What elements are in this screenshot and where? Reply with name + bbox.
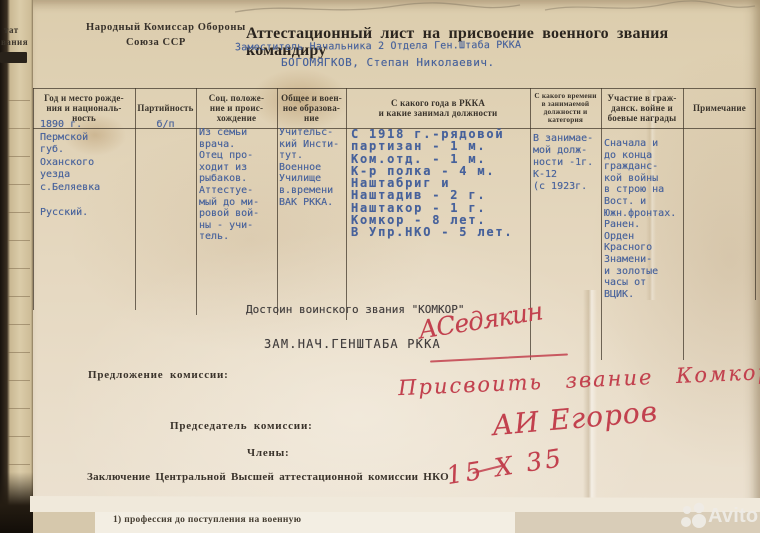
spine-rule-line bbox=[8, 324, 30, 325]
spine-rule-line bbox=[8, 408, 30, 409]
document-photo: тат вания Народный Комиссар Обороны Союз… bbox=[0, 0, 760, 533]
spine-rule-line bbox=[8, 464, 30, 465]
col-header-education: Общее и воен- ное образова- ние bbox=[278, 89, 345, 127]
cell-social: Из семьи врача. Отец про- ходит из рыбак… bbox=[199, 127, 277, 243]
spine-rule-line bbox=[8, 240, 30, 241]
conclusion-label: Заключение Центральной Высшей аттестацио… bbox=[87, 471, 449, 483]
spine-rule-line bbox=[8, 184, 30, 185]
under-page: 1) профессия до поступления на военную bbox=[95, 512, 515, 533]
chairman-label: Председатель комиссии: bbox=[170, 420, 313, 432]
org-name-line2: Союза ССР bbox=[126, 37, 186, 48]
col-header-social: Соц. положе- ние и проис- хождение bbox=[197, 89, 276, 127]
col-header-service: С какого года в РККА и какие занимал дол… bbox=[347, 89, 529, 127]
spine-rule-line bbox=[8, 268, 30, 269]
typed-name-line: БОГОМЯГКОВ, Степан Николаевич. bbox=[281, 56, 495, 69]
members-label: Члены: bbox=[247, 447, 290, 459]
cell-service: С 1918 г.-рядовой партизан - 1 м. Ком.от… bbox=[351, 128, 531, 239]
spine-rule-line bbox=[8, 436, 30, 437]
org-name-line1: Народный Комиссар Обороны bbox=[86, 22, 246, 33]
avito-watermark-text: Avito bbox=[708, 505, 758, 528]
footnote-text: 1) профессия до поступления на военную bbox=[113, 515, 301, 525]
col-header-tenure: С какого времени в занимаемой должности … bbox=[531, 89, 600, 127]
spine-rule-line bbox=[8, 128, 30, 129]
table-line bbox=[755, 88, 756, 300]
table-line bbox=[601, 88, 602, 360]
cell-party: б/п bbox=[136, 119, 195, 131]
spine-rule-line bbox=[8, 156, 30, 157]
avito-watermark: Avito bbox=[678, 502, 758, 532]
cell-birth: 1890 г. Пермской губ. Оханского уезда с.… bbox=[40, 119, 134, 219]
spine-rule-line bbox=[8, 212, 30, 213]
spine-fragment-top: тат bbox=[4, 25, 19, 35]
spine-rule-line bbox=[8, 100, 30, 101]
spine-rule-line bbox=[8, 352, 30, 353]
under-page-left bbox=[33, 512, 95, 533]
avito-logo-icon bbox=[678, 502, 708, 532]
cell-education: Учительс- кий Инсти- тут. Военное Училищ… bbox=[279, 127, 347, 208]
col-header-note: Примечание bbox=[684, 89, 755, 127]
spine-ink-mark bbox=[0, 52, 27, 63]
spine-rule-line bbox=[8, 380, 30, 381]
deputy-chief-line: ЗАМ.НАЧ.ГЕНШТАБА РККА bbox=[264, 337, 441, 351]
spine-fragment-bottom: вания bbox=[1, 37, 28, 47]
col-header-civil-war: Участие в граж- данск. войне и боевые на… bbox=[602, 89, 682, 127]
proposal-label: Предложение комиссии: bbox=[88, 369, 229, 381]
spine-rule-line bbox=[8, 296, 30, 297]
spine-bottom-shadow bbox=[0, 472, 33, 533]
cell-tenure: В занимае- мой долж- ности -1г. К-12 (с … bbox=[533, 133, 601, 193]
book-spine bbox=[0, 0, 33, 533]
cell-civil-war: Сначала и до конца гражданс- кой войны в… bbox=[604, 138, 684, 300]
